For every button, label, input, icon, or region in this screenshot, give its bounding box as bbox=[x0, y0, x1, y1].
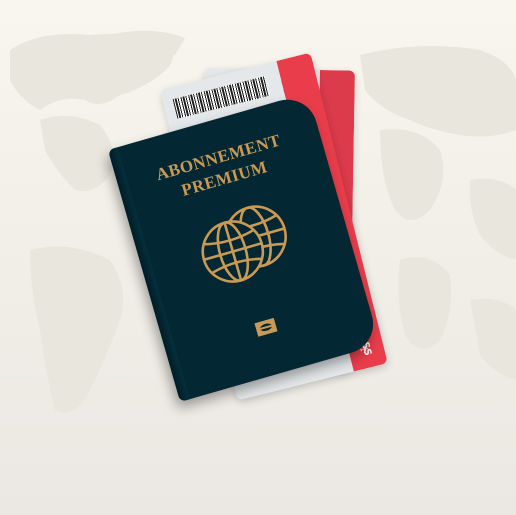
double-globe-icon bbox=[181, 186, 312, 303]
biometric-chip-icon bbox=[253, 317, 279, 338]
